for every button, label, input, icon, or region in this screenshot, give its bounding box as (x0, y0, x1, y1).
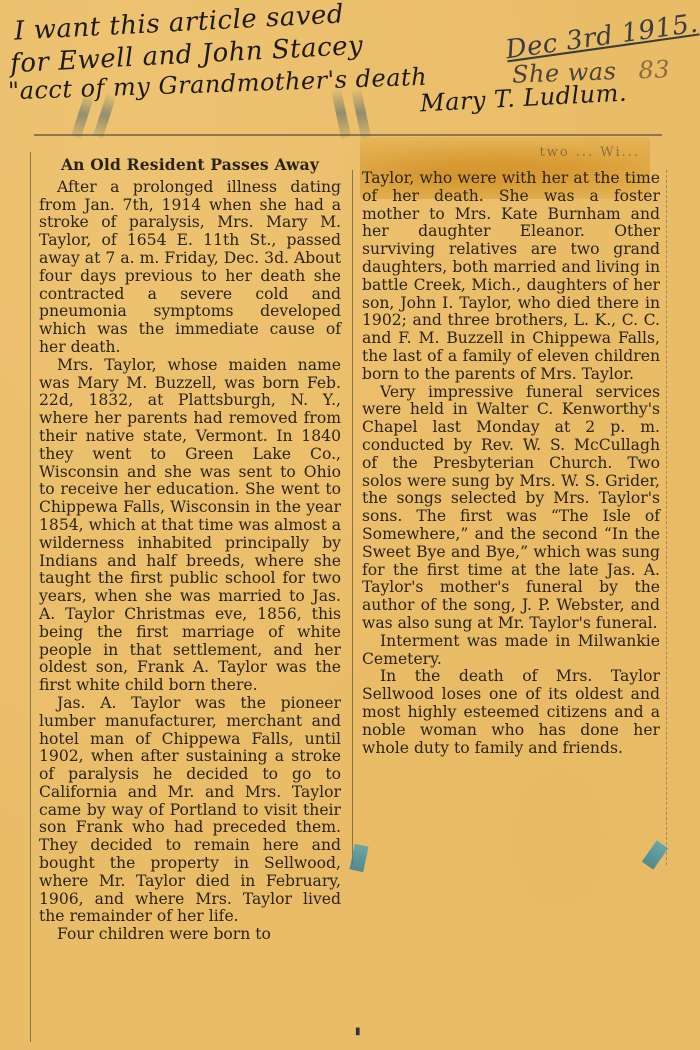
paragraph: Very impressive funeral services were he… (362, 384, 660, 633)
torn-text: two ... Wi... (360, 145, 640, 160)
paragraph: After a prolonged illness dating from Ja… (39, 179, 341, 357)
age-value: 83 (638, 55, 671, 84)
margin-mark: ▮ (355, 1026, 361, 1037)
paragraph: In the death of Mrs. Taylor Sellwood los… (362, 668, 660, 757)
clipping-right-column: Taylor, who were with her at the time of… (352, 170, 667, 865)
clipping-left-column: An Old Resident Passes Away After a prol… (30, 152, 341, 1042)
headline: An Old Resident Passes Away (39, 156, 341, 174)
paragraph: Taylor, who were with her at the time of… (362, 170, 660, 384)
paragraph: Four children were born to (39, 926, 341, 944)
paragraph: Jas. A. Taylor was the pioneer lumber ma… (39, 695, 341, 926)
paragraph: Interment was made in Milwankie Cemetery… (362, 633, 660, 669)
paragraph: Mrs. Taylor, whose maiden name was Mary … (39, 357, 341, 695)
